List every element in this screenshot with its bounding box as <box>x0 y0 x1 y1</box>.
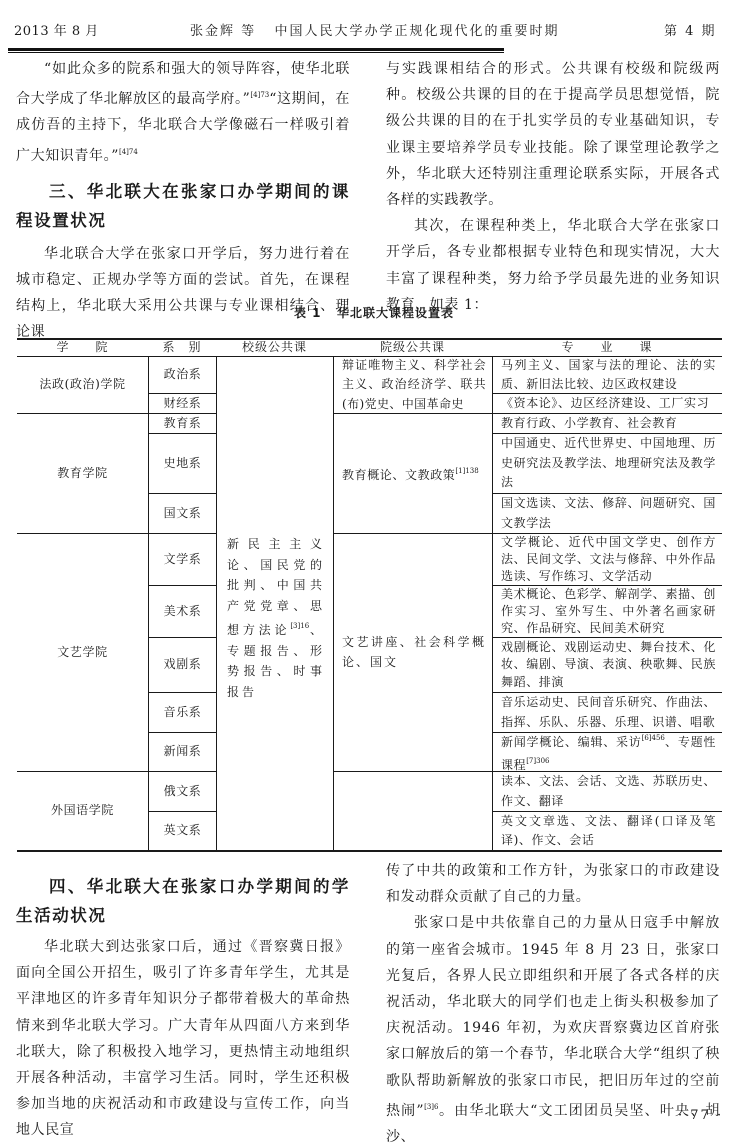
school-public-text: 新民主主义论、国民党的批判、中国共产党党章、思想方法论[3]16、专题报告、形势… <box>227 534 325 702</box>
citation-ref: [3]16 <box>290 622 309 630</box>
citation-ref: [6]456 <box>642 734 665 742</box>
college-public-cell <box>334 772 492 850</box>
cell-text: 新民主主义论、国民党的批判、中国共产党党章、思想方法论 <box>227 537 325 637</box>
major-course-cell: 文学概论、近代中国文学史、创作方法、民间文学、文法与修辞、中外作品选读、写作练习… <box>493 534 722 585</box>
cell-text: 新闻学概论、编辑、采访 <box>501 735 642 749</box>
header-college-public: 院级公共课 <box>333 339 492 356</box>
section-3-heading: 三、华北联大在张家口办学期间的课程设置状况 <box>16 177 350 235</box>
major-course-cell: 教育行政、小学教育、社会教育 <box>493 414 722 433</box>
header-school-public: 校级公共课 <box>216 339 333 356</box>
header-department: 系 别 <box>148 339 216 356</box>
top-left-column: “如此众多的院系和强大的领导阵容，使华北联合大学成了华北解放区的最高学府。”[4… <box>16 56 350 346</box>
major-course-cell: 中国通史、近代世界史、中国地理、历史研究法及教学法、地理研究法及教学法 <box>493 434 722 493</box>
department-cell: 教育系 <box>149 414 216 433</box>
paragraph: “如此众多的院系和强大的领导阵容，使华北联合大学成了华北解放区的最高学府。”[4… <box>16 56 350 169</box>
department-cell: 国文系 <box>149 494 216 533</box>
college-public-cell: 文艺讲座、社会科学概论、国文 <box>334 534 492 771</box>
college-public-cell: 辩证唯物主义、科学社会主义、政治经济学、联共(布)党史、中国革命史 <box>334 357 492 413</box>
table-caption: 表 1 华北联大课程设置表 <box>0 304 748 321</box>
major-course-cell: 戏剧概论、戏剧运动史、舞台技术、化妆、编剧、导演、表演、秧歌舞、民族舞蹈、排演 <box>493 638 722 692</box>
department-cell: 英文系 <box>149 812 216 850</box>
major-course-cell: 音乐运动史、民间音乐研究、作曲法、指挥、乐队、乐器、乐理、识谱、唱歌 <box>493 693 722 732</box>
citation-ref: [4]74 <box>119 148 138 156</box>
paragraph: 华北联大到达张家口后，通过《晋察冀日报》面向全国公开招生，吸引了许多青年学生，尤… <box>16 934 350 1144</box>
header-major: 专 业 课 <box>492 339 722 356</box>
college-cell: 教育学院 <box>17 414 148 533</box>
college-cell: 外国语学院 <box>17 772 148 850</box>
paragraph-text: 张家口是中共依靠自己的力量从日寇手中解放的第一座省会城市。1945 年 8 月 … <box>386 915 720 1118</box>
college-public-cell: 教育概论、文教政策[1]138 <box>334 414 492 533</box>
paragraph: 与实践课相结合的形式。公共课有校级和院级两种。校级公共课的目的在于提高学员思想觉… <box>386 56 720 213</box>
major-course-cell: 读本、文法、会话、文选、苏联历史、作文、翻译 <box>493 772 722 811</box>
major-course-cell: 新闻学概论、编辑、采访[6]456、专题性课程[7]306 <box>493 733 722 771</box>
department-cell: 音乐系 <box>149 693 216 732</box>
major-course-cell: 美术概论、色彩学、解剖学、素描、创作实习、室外写生、中外著名画家研究、作品研究、… <box>493 586 722 637</box>
department-cell: 文学系 <box>149 534 216 585</box>
department-cell: 戏剧系 <box>149 638 216 692</box>
department-cell: 美术系 <box>149 586 216 637</box>
citation-ref: [3]6 <box>424 1103 438 1111</box>
citation-ref: [1]138 <box>455 467 478 475</box>
major-course-cell: 国文选读、文法、修辞、问题研究、国文教学法 <box>493 494 722 533</box>
college-cell: 文艺学院 <box>17 534 148 771</box>
citation-ref: [7]306 <box>526 757 549 765</box>
header-date: 2013 年 8 月 <box>14 20 99 39</box>
page-number: · 77 · <box>678 1108 723 1123</box>
section-4-heading: 四、华北联大在张家口办学期间的学生活动状况 <box>16 872 350 930</box>
bottom-left-column: 四、华北联大在张家口办学期间的学生活动状况 华北联大到达张家口后，通过《晋察冀日… <box>16 872 350 1144</box>
major-course-cell: 英文文章选、文法、翻译(口译及笔译)、作文、会话 <box>493 812 722 850</box>
major-course-cell: 《资本论》、边区经济建设、工厂实习 <box>493 394 722 413</box>
cell-text: 教育概论、文教政策 <box>342 468 455 482</box>
header-rule-bottom <box>8 52 504 53</box>
department-cell: 新闻系 <box>149 733 216 771</box>
major-course-cell: 马列主义、国家与法的理论、法的实质、新旧法比较、边区政权建设 <box>493 357 722 393</box>
paragraph: 张家口是中共依靠自己的力量从日寇手中解放的第一座省会城市。1945 年 8 月 … <box>386 910 720 1144</box>
paragraph: 传了中共的政策和工作方针，为张家口的市政建设和发动群众贡献了自己的力量。 <box>386 858 720 910</box>
header-rule-top <box>8 49 504 51</box>
header-article-title: 张金辉 等 中国人民大学办学正规化现代化的重要时期 <box>190 20 560 39</box>
header-college: 学 院 <box>17 339 148 356</box>
department-cell: 政治系 <box>149 357 216 393</box>
citation-ref: [4]73 <box>250 91 269 99</box>
bottom-right-column: 传了中共的政策和工作方针，为张家口的市政建设和发动群众贡献了自己的力量。 张家口… <box>386 858 720 1144</box>
header-issue: 第 4 期 <box>664 20 717 39</box>
college-cell: 法政(政治)学院 <box>17 357 148 413</box>
paragraph: 华北联合大学在张家口开学后，努力进行着在城市稳定、正规办学等方面的尝试。首先，在… <box>16 241 350 346</box>
department-cell: 俄文系 <box>149 772 216 811</box>
paragraph: 其次，在课程种类上，华北联合大学在张家口开学后，各专业都根据专业特色和现实情况，… <box>386 213 720 318</box>
department-cell: 财经系 <box>149 394 216 413</box>
top-right-column: 与实践课相结合的形式。公共课有校级和院级两种。校级公共课的目的在于提高学员思想觉… <box>386 56 720 318</box>
department-cell: 史地系 <box>149 434 216 493</box>
school-public-cell: 新民主主义论、国民党的批判、中国共产党党章、思想方法论[3]16、专题报告、形势… <box>217 534 333 684</box>
